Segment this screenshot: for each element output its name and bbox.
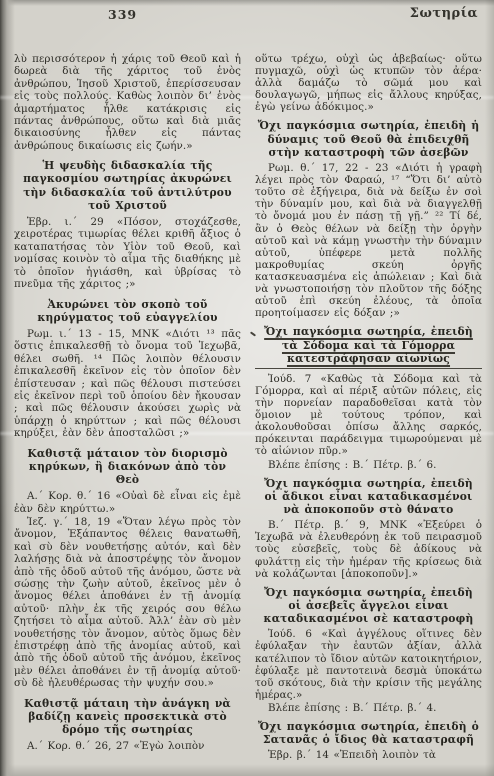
section-heading: Καθιστᾷ μάταιη τὴν ἀνάγκη νὰ βαδίζῃ κανε… xyxy=(17,697,238,737)
two-column-text: λὺ περισσότερον ἡ χάρις τοῦ Θεοῦ καὶ ἡ δ… xyxy=(14,53,482,763)
scripture-paragraph: Ρωμ. ι.΄ 13 - 15, ΜΝΚ «Διότι ¹³ πᾶς ὅστι… xyxy=(14,328,241,440)
scripture-paragraph: Ρωμ. θ.΄ 17, 22 - 23 «Διότι ἡ γραφὴ λέγε… xyxy=(255,162,482,319)
section-heading: Ἡ ψευδὴς διδασκαλία τῆς παγκοσμίου σωτηρ… xyxy=(17,159,238,212)
scripture-paragraph: Ἑβρ. ι.΄ 29 «Πόσον, στοχάζεσθε, χειροτέρ… xyxy=(14,216,241,290)
left-column: λὺ περισσότερον ἡ χάρις τοῦ Θεοῦ καὶ ἡ δ… xyxy=(14,53,241,763)
journal-title: Σωτηρία xyxy=(410,6,478,21)
section-heading: Ὄχι παγκόσμια σωτηρία, ἐπειδὴ οἱ ἀσεβεῖς… xyxy=(257,586,480,626)
section-heading: Ὄχι παγκόσμια σωτηρία, ἐπειδὴ ὁ Σατανᾶς … xyxy=(257,720,480,746)
scripture-paragraph: Ἑβρ. β.΄ 14 «Ἐπειδὴ λοιπὸν τὰ xyxy=(255,749,482,761)
right-column: οὕτω τρέχω, οὐχὶ ὡς ἀβεβαίως· οὕτω πυγμα… xyxy=(255,53,482,763)
pen-tick-mark xyxy=(250,332,256,337)
scanned-book-page: 339 Σωτηρία λὺ περισσότερον ἡ χάρις τοῦ … xyxy=(0,0,494,776)
see-also-reference: Βλέπε ἐπίσης : Β.΄ Πέτρ. β.΄ 6. xyxy=(255,459,482,471)
scripture-paragraph: Α.΄ Κορ. θ.΄ 16 «Οὐαὶ δὲ εἶναι εἰς ἐμὲ ἐ… xyxy=(14,490,241,515)
scripture-paragraph: Α.΄ Κορ. θ.΄ 26, 27 «Ἐγὼ λοιπὸν xyxy=(14,740,241,752)
running-header: 339 Σωτηρία xyxy=(0,5,494,21)
see-also-reference: Βλέπε ἐπίσης : Β.΄ Πέτρ. β.΄ 4. xyxy=(255,702,482,714)
paragraph-continuation: λὺ περισσότερον ἡ χάρις τοῦ Θεοῦ καὶ ἡ δ… xyxy=(14,53,241,152)
section-heading: Καθιστᾷ μάταιον τὸν διορισμὸ κηρύκων, ἢ … xyxy=(17,447,238,487)
scripture-paragraph: Ἰούδ. 6 «Καὶ ἀγγέλους οἵτινες δὲν ἐφύλαξ… xyxy=(255,628,482,701)
section-heading: Ἀκυρώνει τὸν σκοπὸ τοῦ κηρύγματος τοῦ εὐ… xyxy=(17,298,238,324)
page-number: 339 xyxy=(108,7,137,22)
section-heading: Ὄχι παγκόσμια σωτηρία, ἐπειδὴ οἱ ἄδικοι … xyxy=(257,477,480,517)
underlined-heading-text: Ὄχι παγκόσμια σωτηρία, ἐπειδὴ τὰ Σόδομα … xyxy=(264,325,473,364)
section-heading-pen-underlined: Ὄχι παγκόσμια σωτηρία, ἐπειδὴ τὰ Σόδομα … xyxy=(257,325,480,365)
scripture-paragraph: Ἰεζ. γ.΄ 18, 19 «Ὅταν λέγω πρὸς τὸν ἄνομ… xyxy=(14,516,241,690)
scripture-paragraph: Β.΄ Πέτρ. β.΄ 9, ΜΝΚ «Ἐξεύρει ὁ Ἰεχωβᾶ ν… xyxy=(255,519,482,579)
scripture-paragraph: Ἰούδ. 7 «Καθὼς τὰ Σόδομα καὶ τὰ Γόμορρα,… xyxy=(255,373,482,458)
section-heading: Ὄχι παγκόσμια σωτηρία, ἐπειδὴ ἡ δύναμις … xyxy=(257,119,480,159)
pen-rule-line xyxy=(255,368,482,369)
paragraph-continuation: οὕτω τρέχω, οὐχὶ ὡς ἀβεβαίως· οὕτω πυγμα… xyxy=(255,53,482,113)
